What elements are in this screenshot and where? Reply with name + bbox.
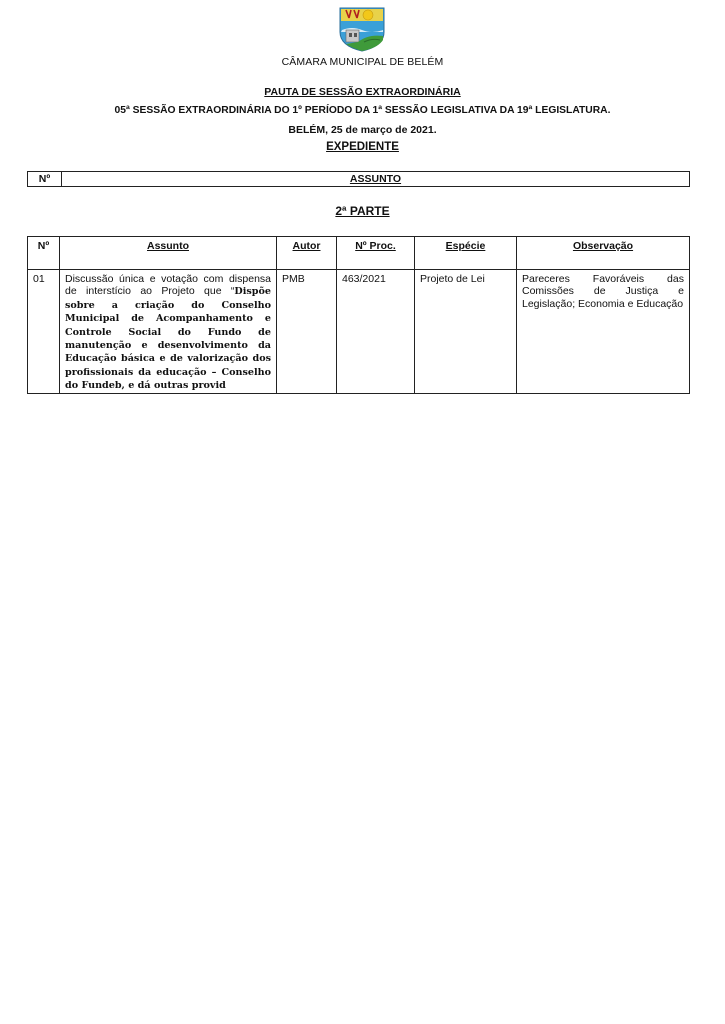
table-header-row: Nº Assunto Autor Nº Proc. Espécie Observ…: [28, 237, 690, 270]
col-header-autor-label: Autor: [293, 240, 321, 252]
date-line: BELÉM, 25 de março de 2021.: [0, 124, 725, 136]
col-header-processo: Nº Proc.: [337, 237, 415, 270]
assunto-bold-text: Dispõe sobre a criação do Conselho Munic…: [65, 286, 271, 391]
cell-observacao: Pareceres Favoráveis das Comissões de Ju…: [517, 270, 690, 394]
col-header-assunto-label: ASSUNTO: [350, 173, 401, 185]
document-title: PAUTA DE SESSÃO EXTRAORDINÁRIA: [0, 86, 725, 98]
col-header-numero: Nº: [28, 237, 60, 270]
col-header-observacao: Observação: [517, 237, 690, 270]
cell-processo: 463/2021: [337, 270, 415, 394]
cell-autor: PMB: [277, 270, 337, 394]
col-header-especie: Espécie: [415, 237, 517, 270]
expediente-table: Nº ASSUNTO: [27, 171, 690, 187]
cell-numero: 01: [28, 270, 60, 394]
second-part-table: Nº Assunto Autor Nº Proc. Espécie Observ…: [27, 236, 690, 394]
col-header-especie-label: Espécie: [446, 240, 486, 252]
cell-especie: Projeto de Lei: [415, 270, 517, 394]
col-header-assunto: ASSUNTO: [62, 172, 690, 187]
col-header-processo-label: Nº Proc.: [355, 240, 396, 252]
coat-of-arms-logo: [338, 6, 386, 52]
col-header-assunto-label: Assunto: [147, 240, 189, 252]
organization-name: CÂMARA MUNICIPAL DE BELÉM: [0, 56, 725, 68]
col-header-observacao-label: Observação: [573, 240, 633, 252]
cell-assunto: Discussão única e votação com dispensa d…: [60, 270, 277, 394]
session-description: 05ª SESSÃO EXTRAORDINÁRIA DO 1º PERÍODO …: [0, 105, 725, 116]
col-header-assunto: Assunto: [60, 237, 277, 270]
expediente-header-row: Nº ASSUNTO: [28, 172, 690, 187]
col-header-autor: Autor: [277, 237, 337, 270]
section-expediente: EXPEDIENTE: [0, 141, 725, 153]
part-title: 2ª PARTE: [0, 204, 725, 218]
table-row: 01 Discussão única e votação com dispens…: [28, 270, 690, 394]
col-header-numero: Nº: [28, 172, 62, 187]
